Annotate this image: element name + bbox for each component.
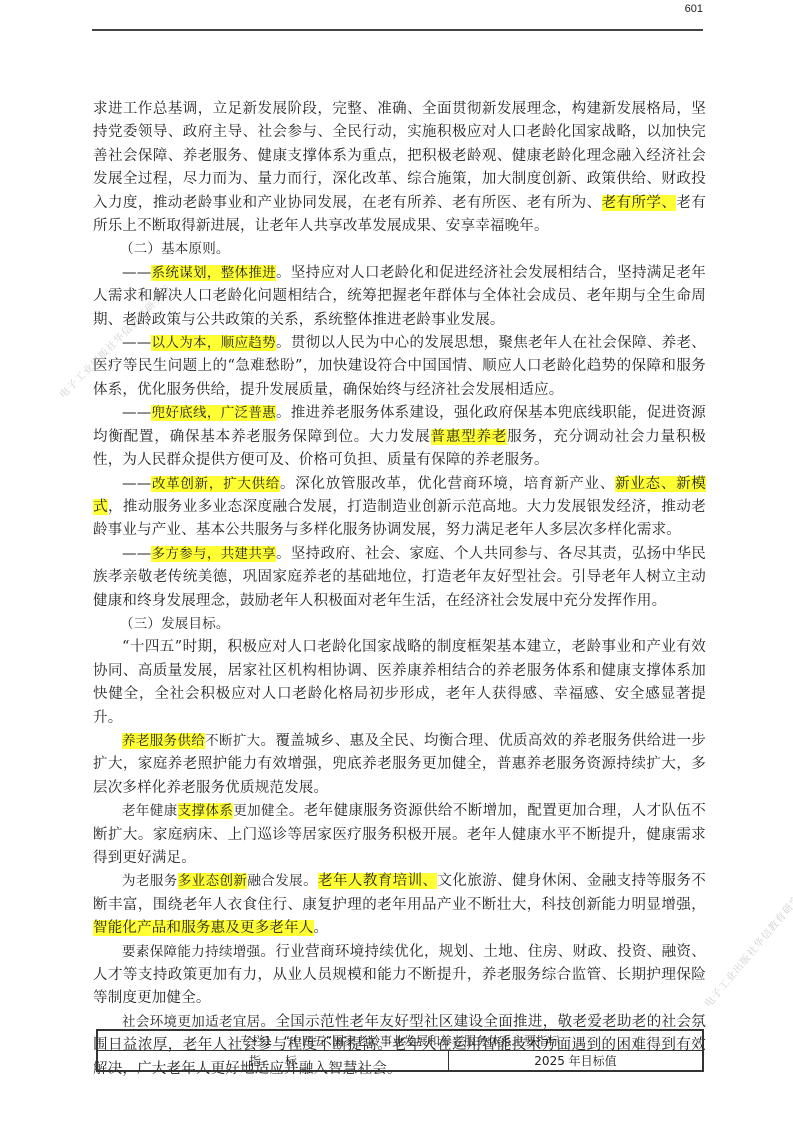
page-number: 601 [685, 3, 703, 15]
highlight: 养老服务供给 [122, 733, 205, 749]
section-heading-principles: （二）基本原则。 [93, 238, 706, 261]
goal-paragraph: 要素保障能力持续增强。行业营商环境持续优化，规划、土地、住房、财政、投资、融资、… [93, 941, 706, 1011]
highlight: 改革创新，扩大供给 [151, 476, 280, 492]
goal-paragraph: 老年健康支撑体系更加健全。老年健康服务资源供给不断增加，配置更加合理，人才队伍不… [93, 800, 706, 870]
highlight: 支撑体系 [178, 803, 234, 819]
highlight: 系统谋划，整体推进 [151, 265, 276, 281]
highlight: 多业态创新 [178, 873, 248, 889]
goal-intro-paragraph: “十四五”时期，积极应对人口老龄化国家战略的制度框架基本建立，老龄事业和产业有效… [93, 636, 706, 730]
principle-paragraph: ——多方参与，共建共享。坚持政府、社会、家庭、个人共同参与、各尽其责，弘扬中华民… [93, 543, 706, 613]
highlight: 老年人教育培训、 [318, 873, 437, 889]
indicator-table: 专栏1 “十四五”国家老龄事业发展和养老服务体系主要指标 指 标 2025 年目… [96, 1029, 704, 1072]
section-heading-goals: （三）发展目标。 [93, 613, 706, 636]
highlight: 老有所学、 [602, 195, 677, 211]
highlight: 多方参与，共建共享 [151, 546, 276, 562]
principle-paragraph: ——以人为本，顺应趋势。贯彻以人民为中心的发展思想，聚焦老年人在社会保障、养老、… [93, 332, 706, 402]
highlight: 智能化产品和服务惠及更多老年人 [93, 920, 314, 936]
header-rule [92, 29, 703, 31]
table-header-target: 2025 年目标值 [448, 1051, 703, 1072]
document-body: 求进工作总基调，立足新发展阶段，完整、准确、全面贯彻新发展理念，构建新发展格局，… [93, 98, 706, 1081]
principle-paragraph: ——改革创新，扩大供给。深化放管服改革，优化营商环境，培育新产业、新业态、新模式… [93, 473, 706, 543]
table-header-indicator: 指 标 [97, 1051, 448, 1072]
principle-paragraph: ——兜好底线，广泛普惠。推进养老服务体系建设，强化政府保基本兜底线职能，促进资源… [93, 402, 706, 472]
table-title: 专栏1 “十四五”国家老龄事业发展和养老服务体系主要指标 [97, 1030, 703, 1051]
highlight: 普惠型养老 [431, 429, 508, 445]
intro-paragraph: 求进工作总基调，立足新发展阶段，完整、准确、全面贯彻新发展理念，构建新发展格局，… [93, 98, 706, 238]
watermark-right: 电子工业出版社华信教育研究所 [700, 882, 793, 1010]
principle-paragraph: ——系统谋划，整体推进。坚持应对人口老龄化和促进经济社会发展相结合，坚持满足老年… [93, 262, 706, 332]
goal-paragraph: 养老服务供给不断扩大。覆盖城乡、惠及全民、均衡合理、优质高效的养老服务供给进一步… [93, 730, 706, 800]
highlight: 以人为本，顺应趋势 [151, 335, 276, 351]
highlight: 兜好底线，广泛普惠 [151, 405, 276, 421]
goal-paragraph: 为老服务多业态创新融合发展。老年人教育培训、文化旅游、健身休闲、金融支持等服务不… [93, 870, 706, 940]
